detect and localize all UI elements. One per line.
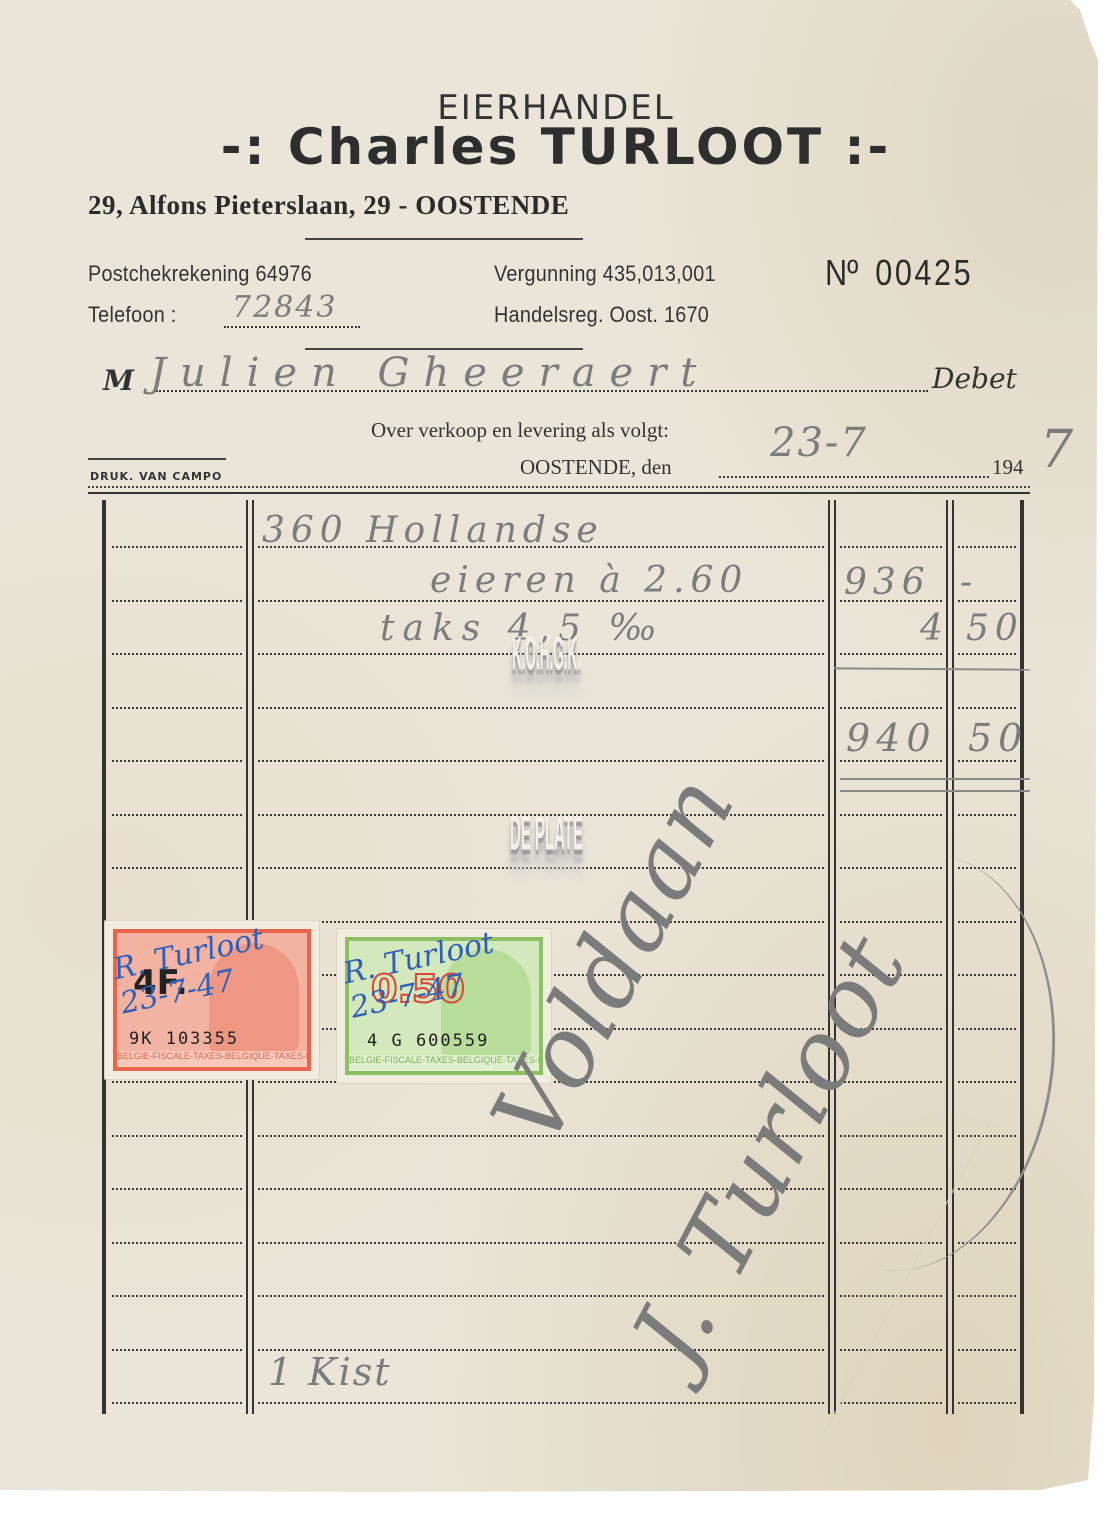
ruled-line [840,814,942,816]
ruled-line [112,707,242,709]
ruled-line [112,1295,242,1297]
date-handwritten: 23-7 [770,420,868,466]
total-amount-int: 940 [846,716,937,760]
table-top-rule [88,486,1030,488]
ruled-line [840,1349,942,1351]
fiscal-stamp-red: 4F. 9K 103355 BELGIE-FISCALE-TAXES-BELGI… [104,920,320,1080]
ruled-line [958,546,1016,548]
ruled-line [112,1242,242,1244]
ruled-line [112,814,242,816]
watermark-kohgk: K.O.H.G.K. [512,628,581,682]
ruled-line [958,760,1016,762]
company-name: -: Charles TURLOOT :- [0,118,1112,176]
ruled-line [112,760,242,762]
ruled-line [112,1081,242,1083]
ruled-line [840,1402,942,1404]
watermark-de-plate: DE PLATE [510,808,583,862]
ruled-line [258,707,824,709]
ruled-line [112,1188,242,1190]
year-prefix: 194 [992,455,1024,480]
line-2-amount-dec: - [960,562,974,603]
phone-dotted-line [224,326,360,328]
line-1-description: 360 Hollandse [262,510,604,551]
year-suffix-handwritten: 7 [1040,420,1075,480]
debet-label: Debet [932,362,1017,395]
printer-divider [88,458,226,460]
stamp-green-serial: 4 G 600559 [367,1031,489,1051]
printer-imprint: DRUK. VAN CAMPO [90,470,222,483]
ruled-line [112,546,242,548]
ruled-line [840,1295,942,1297]
ruled-line [112,1135,242,1137]
customer-name-handwritten: Julien Gheeraert [150,350,710,396]
line-3-amount-int: 4 [920,608,945,649]
invoice-sheet: EIERHANDEL -: Charles TURLOOT :- 29, Alf… [0,0,1112,1500]
trade-register: Handelsreg. Oost. 1670 [494,302,709,328]
ruled-line [958,814,1016,816]
postcheck-label: Postchekrekening [88,261,250,286]
ruled-line [112,1349,242,1351]
license-value: 435,013,001 [603,261,716,286]
ruled-line [958,653,1016,655]
customer-prefix: M [103,364,134,397]
license-label: Vergunning [494,261,597,286]
ruled-line [258,867,824,869]
ruled-line [258,760,824,762]
ruled-line [112,1402,242,1404]
number-label: Nº [825,252,858,293]
ruled-line [112,867,242,869]
trade-register-value: 1670 [664,302,709,327]
ruled-line [112,600,242,602]
total-amount-dec: 50 [968,716,1028,760]
note-handwritten: 1 Kist [268,1350,392,1394]
line-2-description: eieren à 2.60 [430,560,748,601]
ruled-line [958,1295,1016,1297]
line-3-amount-dec: 50 [966,608,1024,649]
phone-label: Telefoon : [88,302,177,327]
total-underline-1 [840,778,1030,780]
phone: Telefoon : [88,302,177,328]
ruled-line [958,707,1016,709]
stamp-red-serial: 9K 103355 [129,1029,239,1049]
delivery-intro: Over verkoop en levering als volgt: [371,418,669,443]
ruled-line [840,653,942,655]
number-value: 00425 [875,252,973,293]
invoice-number: Nº 00425 [825,252,973,294]
postcheck-account: Postchekrekening 64976 [88,261,312,287]
ruled-line [958,1402,1016,1404]
date-dotted-line [719,476,989,478]
line-2-amount-int: 936 [844,562,931,603]
license: Vergunning 435,013,001 [494,261,716,287]
ruled-line [840,707,942,709]
ruled-line [958,1349,1016,1351]
header-divider [305,238,583,240]
phone-value-handwritten: 72843 [232,290,337,325]
total-underline-2 [840,790,1030,792]
company-address: 29, Alfons Pieterslaan, 29 - OOSTENDE [88,190,569,221]
ruled-line [112,653,242,655]
ruled-line [258,1402,824,1404]
table-top-border [88,492,1030,494]
postcheck-value: 64976 [255,261,311,286]
ruled-line [840,760,942,762]
ruled-line [840,546,942,548]
place-label: OOSTENDE, den [520,455,672,480]
trade-register-label: Handelsreg. Oost. [494,302,658,327]
stamp-red-band: BELGIE-FISCALE-TAXES-BELGIQUE-TAXES-FISC… [117,1051,307,1067]
